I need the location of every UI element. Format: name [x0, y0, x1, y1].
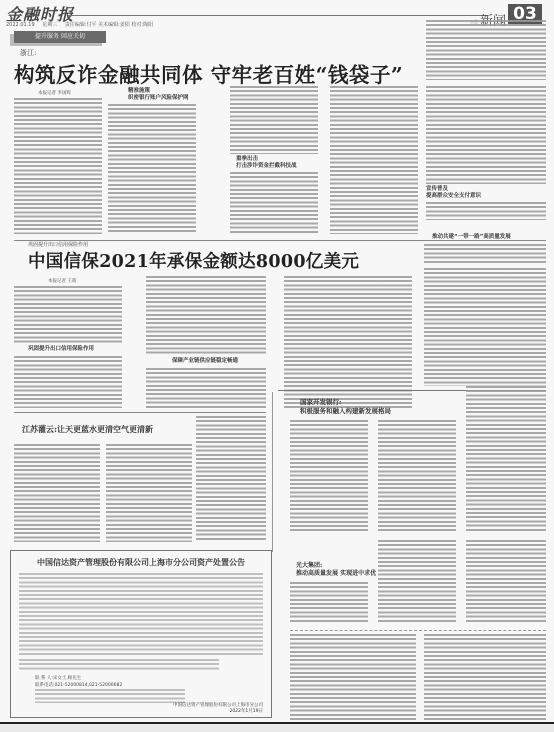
column-divider [272, 392, 273, 552]
article3-text-col2 [106, 444, 192, 542]
article2-kicker: 巩固提升出口信用保险作用 [28, 241, 88, 248]
article2-headline[interactable]: 中国信保2021年承保金额达8000亿美元 [28, 248, 359, 273]
article5-text-col1 [290, 582, 368, 622]
article4-headline[interactable]: 积极服务和融入构建新发展格局 [300, 407, 391, 416]
article1-text-col3b [230, 172, 318, 234]
notice-body-2 [19, 659, 219, 671]
article5-kicker: 光大集团: [296, 562, 322, 569]
article1-subhead-2: 重拳出击 打击涉诈资金拦截科技战 [236, 156, 297, 170]
article2-subhead-1: 推动共建“一带一路”高质量发展 [432, 234, 511, 241]
article1-kicker: 浙江: [20, 48, 36, 58]
article5-text-col4 [290, 634, 416, 720]
article2-text-col1b [14, 356, 122, 408]
article1-subhead-1: 精准施策 织密银行账户风险保护网 [128, 88, 189, 102]
article2-text-col2b [146, 368, 266, 408]
article1-byline: 本报记者 李国辉 [38, 90, 71, 96]
article2-text-col4 [424, 268, 546, 386]
article2-subhead-2: 巩固提升出口信用保险作用 [28, 346, 94, 353]
article1-text-col1 [14, 98, 102, 234]
column-banner: 提升服务 回应关切 [14, 31, 106, 43]
article2-text-col2a [146, 276, 266, 354]
article5-headline[interactable]: 推动高质量发展 实现进中求优 [296, 570, 376, 577]
article3-text-col1 [14, 444, 100, 542]
article4-kicker: 国家开发银行: [300, 398, 341, 407]
issue-date: 2022.01.19 [6, 22, 35, 28]
article2-byline: 本报记者 王萌 [48, 278, 76, 284]
article5-text-col5 [424, 634, 546, 720]
article1-text-col2 [108, 104, 196, 234]
page-footer-bar [0, 722, 554, 732]
issue-weekday: 星期三 [42, 22, 57, 28]
masthead-rule [68, 15, 488, 16]
article2-text-col3 [284, 276, 412, 408]
article4-text-col3 [466, 386, 546, 532]
article1-text-col5b [426, 202, 546, 220]
section-divider [14, 412, 266, 413]
article4-text-col1 [290, 420, 368, 532]
article3-text-col3 [196, 416, 266, 542]
asset-disposal-notice: 中国信达资产管理股份有限公司上海市分公司资产处置公告 联 系 人:宋女士,顾先生… [10, 550, 272, 718]
article5-text-col3 [466, 540, 546, 622]
dashed-divider [290, 630, 546, 631]
article1-headline[interactable]: 构筑反诈金融共同体 守牢老百姓“钱袋子” [14, 58, 403, 88]
notice-date: 2022年1月19日 [229, 709, 263, 715]
article1-text-col3a [230, 86, 318, 154]
article2-subhead-3: 保障产业链供应链稳定畅通 [172, 358, 238, 365]
article1-text-continued [426, 20, 546, 80]
article1-text-col5a [426, 86, 546, 184]
notice-contact-details [35, 689, 185, 703]
article2-text-col1a [14, 286, 122, 344]
date-line: 2022.01.19 星期三 责任编辑:付平 美术编辑:姜阳 校对:陶阳 [6, 21, 159, 28]
notice-title[interactable]: 中国信达资产管理股份有限公司上海市分公司资产处置公告 [11, 557, 271, 568]
newspaper-page: 金融时报 公告新闻 03 2022.01.19 星期三 责任编辑:付平 美术编辑… [0, 0, 554, 732]
article1-text-col4 [330, 86, 418, 234]
notice-contact-person: 联 系 人:宋女士,顾先生 [35, 675, 81, 681]
article3-headline[interactable]: 江苏灌云:让天更蓝水更清空气更清新 [22, 425, 153, 434]
editors-credit: 责任编辑:付平 美术编辑:姜阳 校对:陶阳 [65, 22, 153, 28]
article1-subhead-3: 宣传普及 提高群众安全支付意识 [426, 186, 481, 200]
article5-text-col2 [378, 540, 456, 622]
notice-phone: 联系电话:021-52000814,021-52000682 [35, 682, 122, 688]
article2-text-col5a [424, 244, 546, 264]
article4-text-col2 [378, 420, 456, 532]
notice-body [19, 573, 263, 657]
